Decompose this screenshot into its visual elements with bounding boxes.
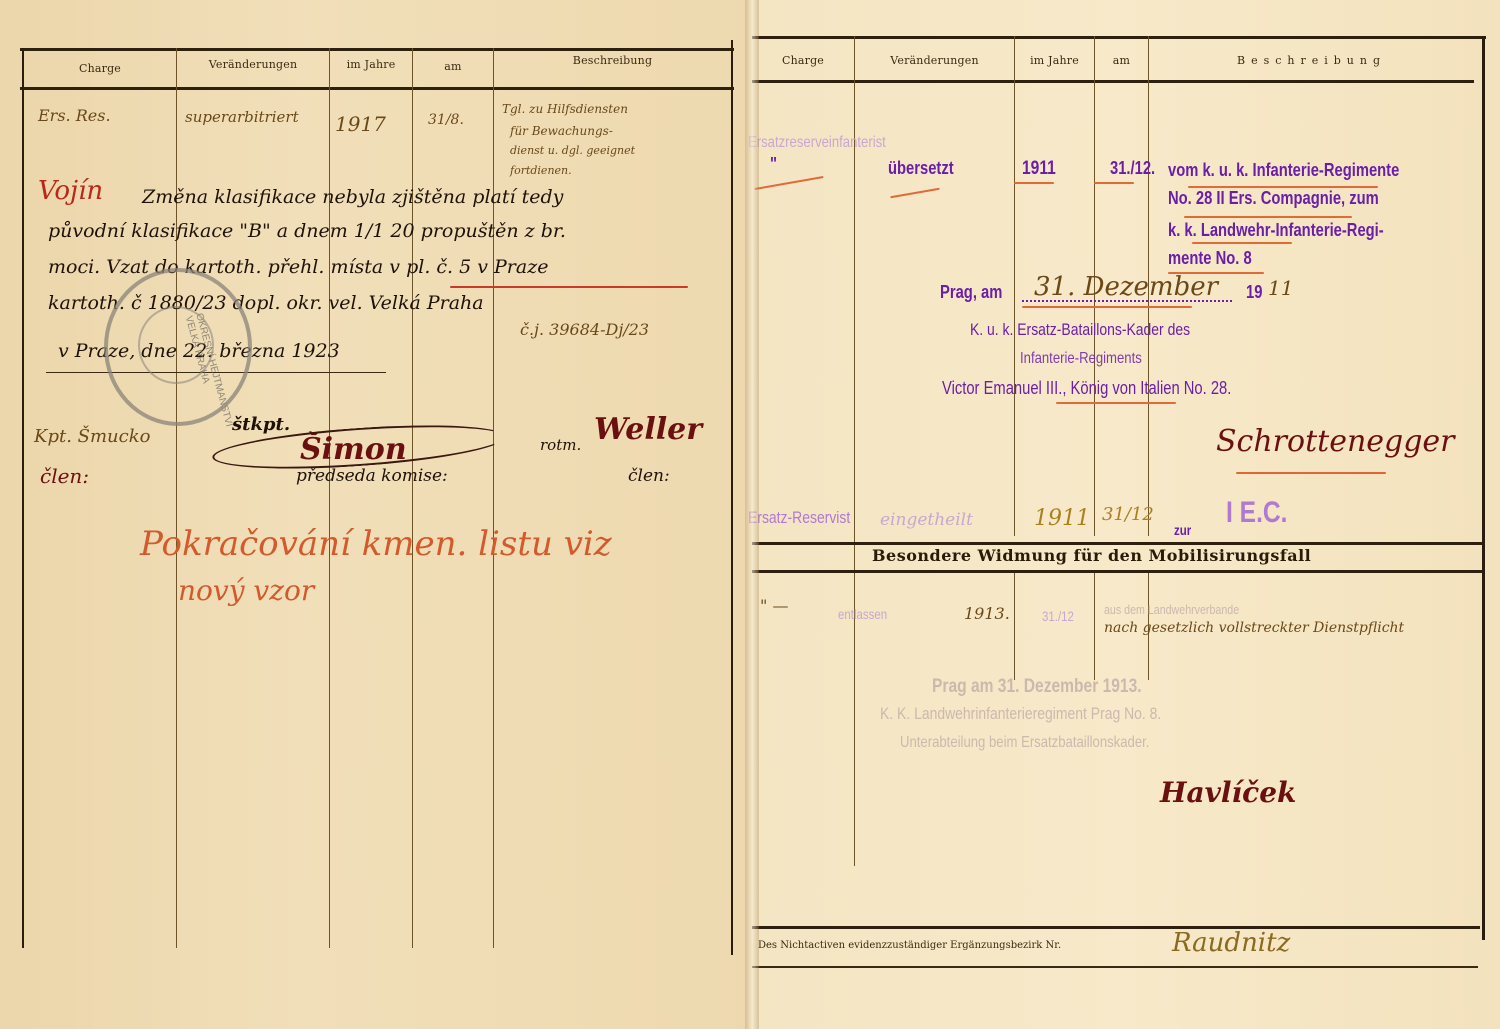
entry1-veraenderungen: übersetzt — [888, 158, 954, 179]
footer-label: Des Nichtactiven evidenzzuständiger Ergä… — [758, 940, 1061, 951]
orange-underline — [1094, 182, 1134, 184]
header-im-jahre: im Jahre — [330, 58, 412, 71]
entry3-am: 31./12 — [1042, 608, 1074, 624]
signature-right-prefix: rotm. — [540, 436, 581, 454]
header-veraenderungen: Veränderungen — [855, 54, 1014, 67]
entry1-beschreibung-3: dienst u. dgl. geeignet — [510, 144, 635, 157]
unit-stamp-line-1: K. u. k. Ersatz-Bataillons-Kader des — [970, 320, 1190, 340]
entry1-am: 31./12. — [1110, 158, 1155, 179]
signature-1: Schrottenegger — [1216, 424, 1455, 459]
entry1-veraenderungen: superarbitriert — [185, 108, 299, 126]
entry2-charge: Vojín — [38, 176, 103, 206]
entry3-beschreibung-2: nach gesetzlich vollstreckter Dienstpfli… — [1104, 620, 1404, 636]
column-divider — [1094, 570, 1095, 680]
mobilization-heading: Besondere Widmung für den Mobilisirungsf… — [872, 546, 1311, 565]
entry1-jahr: 1917 — [335, 112, 386, 136]
signature-center-prefix: štkpt. — [232, 414, 290, 435]
column-divider — [1014, 570, 1015, 680]
entry2-veraenderungen: eingetheilt — [880, 510, 973, 530]
entry2-unit: I E.C. — [1226, 496, 1288, 530]
entry2-reference: č.j. 39684-Dj/23 — [520, 320, 649, 339]
header-am: am — [413, 60, 493, 73]
signature-right-role: člen: — [628, 466, 670, 486]
right-border — [1482, 36, 1485, 940]
entry1-beschreibung-1: Tgl. zu Hilfsdiensten — [502, 102, 628, 116]
header-im-jahre: im Jahre — [1015, 54, 1094, 67]
signature-2: Havlíček — [1160, 776, 1296, 809]
column-divider — [412, 48, 413, 948]
column-divider — [1014, 36, 1015, 536]
orange-underline — [1014, 182, 1054, 184]
entry3-beschreibung-1: aus dem Landwehrverbande — [1104, 602, 1239, 617]
column-divider — [854, 36, 855, 866]
entry1-beschreibung-2: für Bewachungs- — [510, 124, 613, 138]
entry2-zur: zur — [1174, 522, 1191, 538]
entry2-line-3: moci. Vzat do kartoth. přehl. místa v pl… — [48, 256, 548, 278]
entry1-am: 31/8. — [428, 112, 464, 128]
table-top-rule — [20, 48, 734, 51]
entry3-charge: " — — [760, 596, 788, 615]
footer-top-rule — [752, 926, 1480, 929]
entry2-line-2: původní klasifikace "B" a dnem 1/1 20 pr… — [48, 220, 566, 242]
entry1-charge-stamp: Ersatzreserveinfanterist — [748, 134, 886, 152]
footer-bottom-rule — [752, 966, 1478, 968]
signature-left-name: Kpt. Šmucko — [34, 426, 150, 447]
book-spine — [745, 0, 759, 1029]
place-date-prefix: Prag, am — [940, 282, 1002, 303]
orange-underline — [890, 188, 940, 199]
header-veraenderungen: Veränderungen — [177, 58, 329, 71]
red-underline — [450, 286, 688, 288]
unit-stamp-line-2: Infanterie-Regiments — [1020, 350, 1142, 368]
entry1-beschreibung-4: mente No. 8 — [1168, 248, 1252, 269]
orange-underline — [754, 176, 823, 190]
discharge-stamp-line-2: K. K. Landwehrinfanterieregiment Prag No… — [880, 704, 1161, 724]
signature-right-name: Weller — [594, 412, 702, 447]
column-divider — [176, 48, 177, 948]
orange-underline — [1192, 242, 1292, 244]
orange-underline — [1184, 216, 1352, 218]
left-page: Charge Veränderungen im Jahre am Beschre… — [0, 0, 752, 1029]
signature-underline — [1236, 472, 1386, 474]
entry1-jahr: 1911 — [1022, 158, 1056, 180]
entry2-line-1: Změna klasifikace nebyla zjištěna platí … — [142, 186, 563, 208]
entry3-jahr: 1913. — [964, 604, 1010, 623]
discharge-stamp-line-1: Prag am 31. Dezember 1913. — [932, 676, 1142, 698]
entry1-charge: Ers. Res. — [38, 106, 111, 125]
entry1-beschreibung-2: No. 28 II Ers. Compagnie, zum — [1168, 188, 1379, 209]
entry3-veraenderungen: entlassen — [838, 606, 887, 622]
place-year-prefix: 19 — [1246, 282, 1262, 303]
continuation-line-2: nový vzor — [178, 574, 314, 607]
section-rule — [752, 570, 1482, 573]
column-divider — [493, 48, 494, 948]
entry1-beschreibung-3: k. k. Landwehr-Infanterie-Regi- — [1168, 220, 1384, 241]
continuation-line-1: Pokračování kmen. listu viz — [140, 524, 612, 564]
header-beschreibung: Beschreibung — [1149, 54, 1474, 67]
entry2-am: 31/12 — [1102, 504, 1154, 525]
orange-underline — [1022, 306, 1192, 308]
section-rule — [752, 542, 1482, 545]
table-top-rule — [752, 36, 1486, 39]
header-charge: Charge — [24, 62, 176, 75]
header-bottom-rule — [752, 80, 1474, 83]
date-dotted-line — [1022, 300, 1232, 302]
header-beschreibung: Beschreibung — [494, 54, 731, 67]
place-year-handwritten: 11 — [1268, 276, 1293, 300]
orange-underline — [1056, 402, 1176, 404]
left-border — [22, 48, 24, 948]
place-date-handwritten: 31. Dezember — [1034, 272, 1218, 302]
signature-center-role: předseda komise: — [296, 466, 448, 486]
header-bottom-rule — [20, 87, 734, 90]
right-border — [731, 40, 733, 955]
column-divider — [329, 48, 330, 948]
header-am: am — [1095, 54, 1148, 67]
signature-left-role: člen: — [40, 464, 89, 488]
official-seal: OKRESNÍ HEJTMANSTVÍ VELKÁ PRAHA — [104, 268, 252, 426]
entry1-beschreibung-1: vom k. u. k. Infanterie-Regimente — [1168, 160, 1399, 181]
footer-value: Raudnitz — [1172, 928, 1290, 958]
entry2-charge: Ersatz-Reservist — [748, 508, 850, 528]
unit-stamp-line-3: Victor Emanuel III., König von Italien N… — [942, 378, 1231, 399]
entry1-charge-ditto: " — [770, 154, 777, 175]
entry1-beschreibung-4: fortdienen. — [510, 164, 572, 177]
discharge-stamp-line-3: Unterabteilung beim Ersatzbataillonskade… — [900, 734, 1149, 752]
entry2-jahr: 1911 — [1034, 506, 1090, 531]
right-page: Charge Veränderungen im Jahre am Beschre… — [752, 0, 1500, 1029]
header-charge: Charge — [752, 54, 854, 67]
